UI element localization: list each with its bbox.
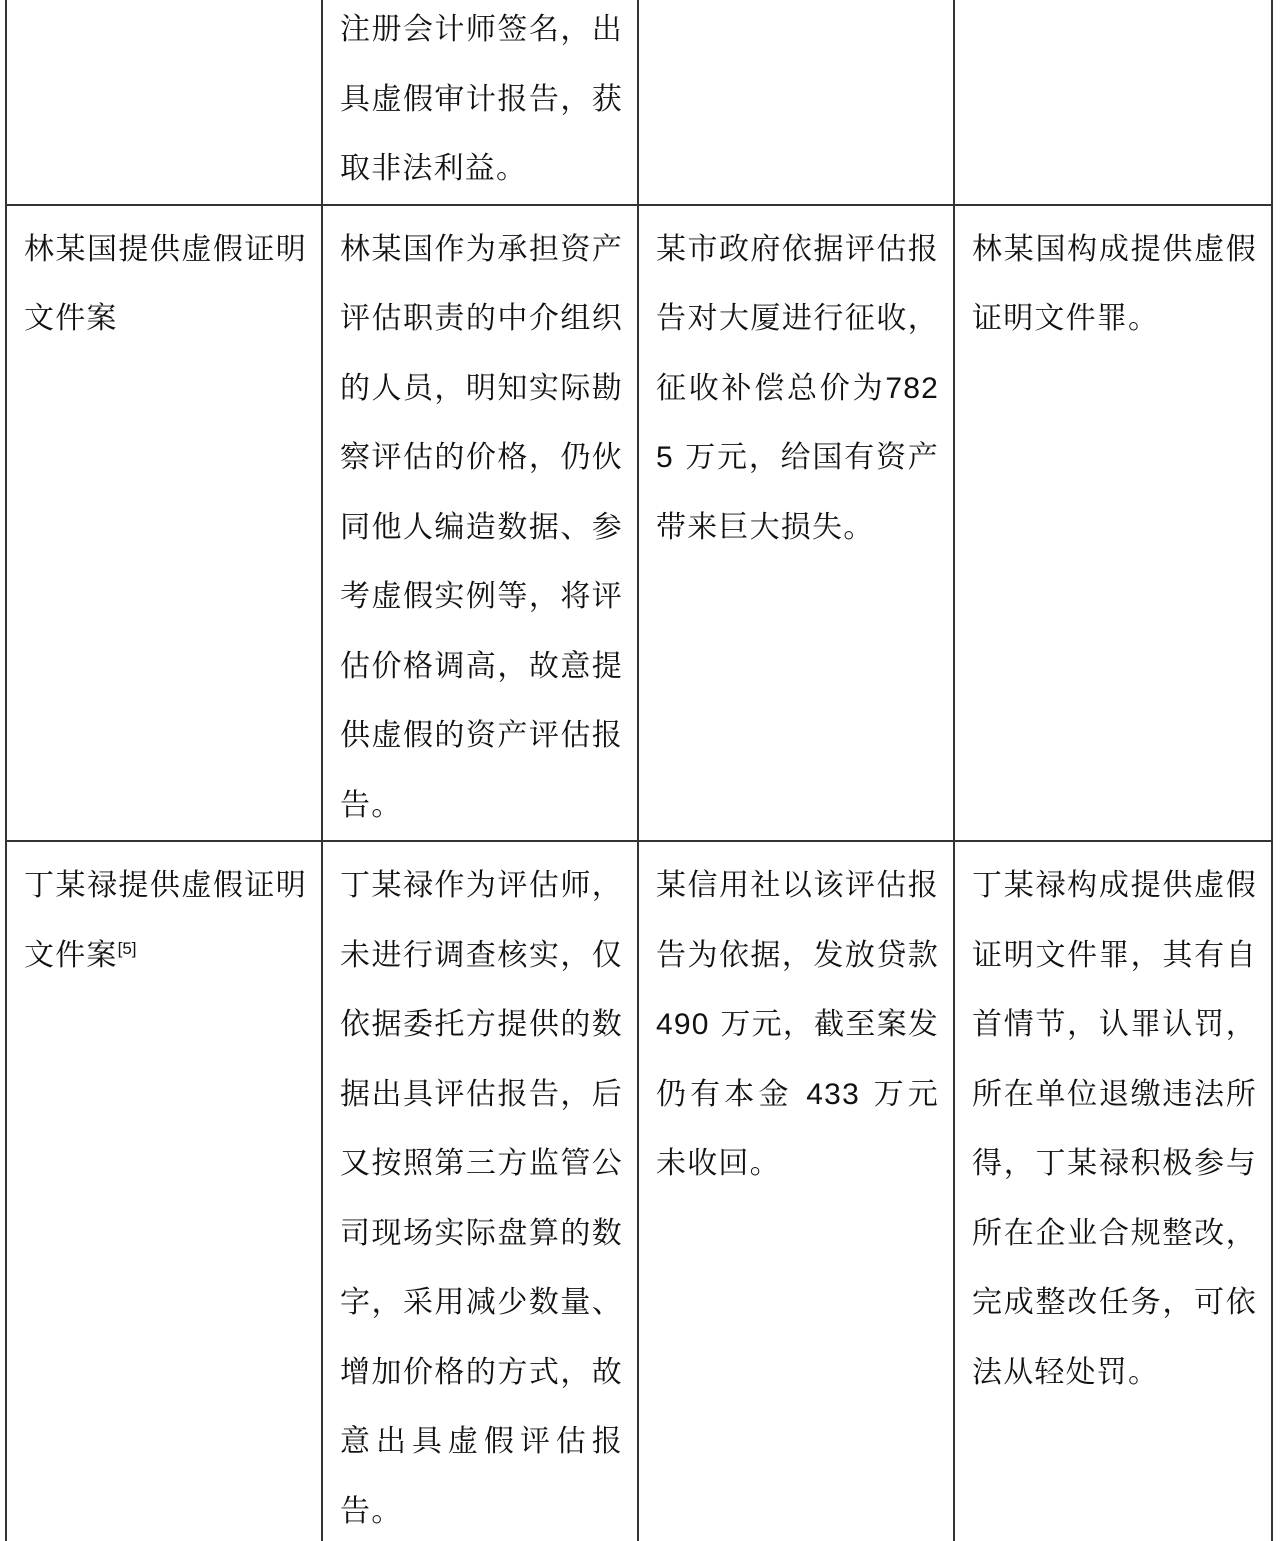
conduct-cell: 注册会计师签名，出具虚假审计报告，获取非法利益。 [322, 0, 638, 205]
outstanding-principal: 433 [806, 1078, 860, 1111]
consequence-cell: 某市政府依据评估报告对大厦进行征收，征收补偿总价为7825 万元，给国有资产带来… [638, 205, 954, 842]
case-name-cell: 丁某禄提供虚假证明文件案[5] [6, 841, 322, 1541]
judgment-cell: 林某国构成提供虚假证明文件罪。 [954, 205, 1272, 842]
case-name-cell: 林某国提供虚假证明文件案 [6, 205, 322, 842]
loan-amount: 490 [656, 1008, 710, 1041]
case-name-text: 林某国提供虚假证明文件案 [24, 232, 307, 337]
table-row: 林某国提供虚假证明文件案 林某国作为承担资产评估职责的中介组织的人员，明知实际勘… [6, 205, 1272, 842]
case-comparison-table: 注册会计师签名，出具虚假审计报告，获取非法利益。 林某国提供虚假证明文件案 林某… [5, 0, 1273, 1541]
conduct-text: 丁某禄作为评估师，未进行调查核实，仅依据委托方提供的数据出具评估报告，后又按照第… [340, 868, 623, 1529]
table-row: 丁某禄提供虚假证明文件案[5] 丁某禄作为评估师，未进行调查核实，仅依据委托方提… [6, 841, 1272, 1541]
conduct-text: 林某国作为承担资产评估职责的中介组织的人员，明知实际勘察评估的价格，仍伙同他人编… [340, 232, 623, 823]
footnote-reference[interactable]: [5] [118, 939, 137, 958]
conduct-cell: 丁某禄作为评估师，未进行调查核实，仅依据委托方提供的数据出具评估报告，后又按照第… [322, 841, 638, 1541]
judgment-text: 丁某禄构成提供虚假证明文件罪，其有自首情节，认罪认罚，所在单位退缴违法所得，丁某… [972, 868, 1257, 1390]
conduct-text: 注册会计师签名，出具虚假审计报告，获取非法利益。 [340, 0, 623, 204]
judgment-text: 林某国构成提供虚假证明文件罪。 [972, 232, 1257, 337]
consequence-text-b: 万元，给国有资产带来巨大损失。 [656, 440, 939, 545]
consequence-text-a: 某信用社以该评估报告为依据，发放贷款 [656, 868, 939, 973]
case-name-cell [6, 0, 322, 205]
judgment-cell: 丁某禄构成提供虚假证明文件罪，其有自首情节，认罪认罚，所在单位退缴违法所得，丁某… [954, 841, 1272, 1541]
case-name-text: 丁某禄提供虚假证明文件案 [24, 868, 307, 973]
case-comparison-table-container: 注册会计师签名，出具虚假审计报告，获取非法利益。 林某国提供虚假证明文件案 林某… [5, 0, 1271, 1541]
consequence-cell [638, 0, 954, 205]
consequence-cell: 某信用社以该评估报告为依据，发放贷款490 万元，截至案发仍有本金 433 万元… [638, 841, 954, 1541]
judgment-cell [954, 0, 1272, 205]
conduct-cell: 林某国作为承担资产评估职责的中介组织的人员，明知实际勘察评估的价格，仍伙同他人编… [322, 205, 638, 842]
table-row: 注册会计师签名，出具虚假审计报告，获取非法利益。 [6, 0, 1272, 205]
